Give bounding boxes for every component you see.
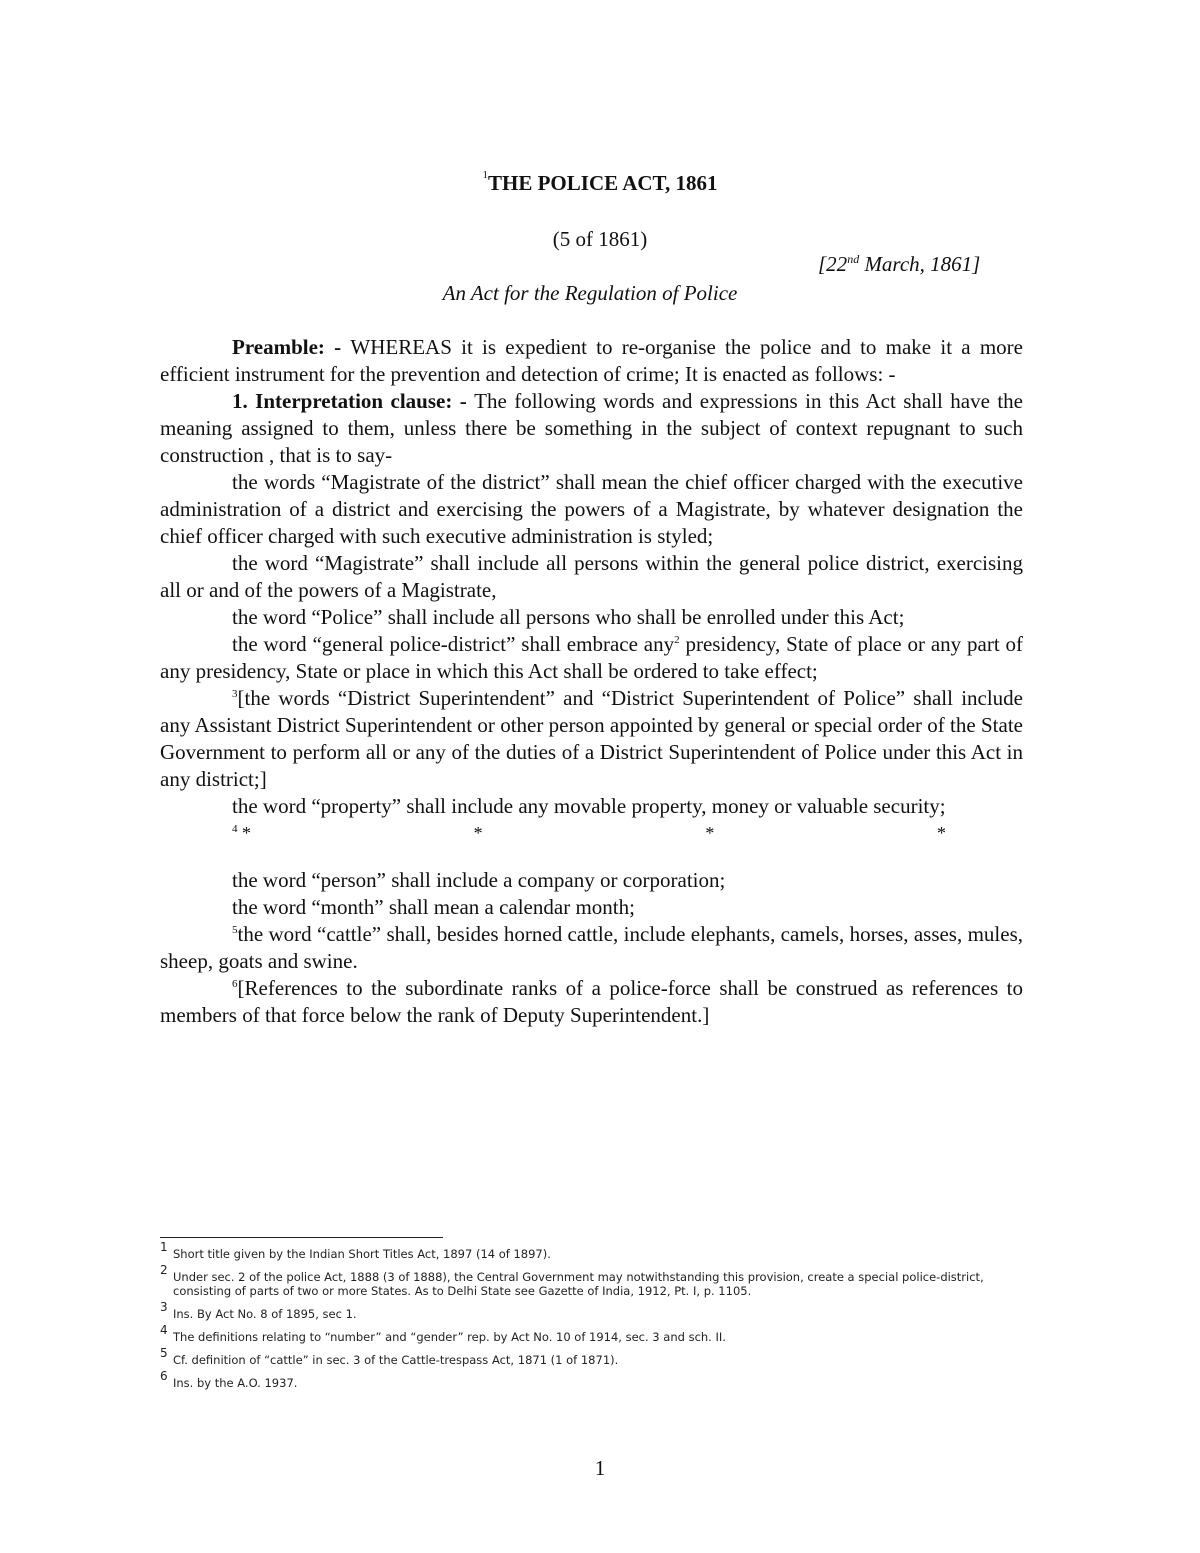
footnote-text: The definitions relating to “number” and… (173, 1330, 726, 1344)
definition-text: [the words “District Superintendent” and… (160, 686, 1023, 791)
footnote-number: 6 (160, 1369, 168, 1383)
footnote-text: Ins. by the A.O. 1937. (173, 1376, 297, 1390)
footnote-ref[interactable]: 1 (483, 169, 489, 181)
footnote-separator (160, 1237, 443, 1238)
footnote-item: 6Ins. by the A.O. 1937. (160, 1376, 1040, 1390)
date-day: [22 (818, 252, 847, 276)
act-title-text: THE POLICE ACT, 1861 (488, 171, 717, 195)
act-body: Preamble: - WHEREAS it is expedient to r… (160, 334, 1023, 1029)
section-1-label: 1. Interpretation clause: - (232, 389, 474, 413)
preamble-label: Preamble: - (232, 335, 350, 359)
asterisk: * (705, 820, 714, 847)
definition-person: the word “person” shall include a compan… (160, 867, 1023, 894)
footnote-text: Under sec. 2 of the police Act, 1888 (3 … (173, 1270, 984, 1298)
footnote-item: 2Under sec. 2 of the police Act, 1888 (3… (160, 1270, 1040, 1298)
definition-district-superintendent: 3[the words “District Superintendent” an… (160, 685, 1023, 793)
asterisk: * (474, 820, 483, 847)
page-number: 1 (0, 1456, 1200, 1481)
footnote-text: Ins. By Act No. 8 of 1895, sec 1. (173, 1307, 357, 1321)
footnote-number: 2 (160, 1263, 168, 1277)
footnote-number: 5 (160, 1346, 168, 1360)
footnote-item: 1Short title given by the Indian Short T… (160, 1247, 1040, 1261)
footnote-item: 3Ins. By Act No. 8 of 1895, sec 1. (160, 1307, 1040, 1321)
document-page: 1THE POLICE ACT, 1861 (5 of 1861) [22nd … (0, 0, 1200, 1553)
asterisk: 4 * (232, 820, 251, 847)
date-suffix: nd (847, 252, 859, 266)
spacer (160, 847, 1023, 867)
definition-police: the word “Police” shall include all pers… (160, 604, 1023, 631)
act-number: (5 of 1861) (0, 227, 1200, 252)
definition-cattle: 5the word “cattle” shall, besides horned… (160, 921, 1023, 975)
omitted-text-marker: 4 * * * * (160, 820, 946, 847)
act-title: 1THE POLICE ACT, 1861 (0, 171, 1200, 196)
definition-subordinate-ranks: 6[References to the subordinate ranks of… (160, 975, 1023, 1029)
footnote-number: 4 (160, 1323, 168, 1337)
definition-text: [References to the subordinate ranks of … (160, 976, 1023, 1027)
preamble-paragraph: Preamble: - WHEREAS it is expedient to r… (160, 334, 1023, 388)
footnote-item: 5Cf. definition of “cattle” in sec. 3 of… (160, 1353, 1040, 1367)
footnote-number: 1 (160, 1240, 168, 1254)
footnote-item: 4The definitions relating to “number” an… (160, 1330, 1040, 1344)
act-subtitle: An Act for the Regulation of Police (0, 281, 1180, 306)
asterisk-glyph: * (242, 823, 251, 843)
date-rest: March, 1861] (859, 252, 980, 276)
footnote-text: Short title given by the Indian Short Ti… (173, 1247, 551, 1261)
enactment-date: [22nd March, 1861] (818, 252, 980, 277)
definition-general-police-district: the word “general police-district” shall… (160, 631, 1023, 685)
footnote-number: 3 (160, 1300, 168, 1314)
definition-property: the word “property” shall include any mo… (160, 793, 1023, 820)
definition-month: the word “month” shall mean a calendar m… (160, 894, 1023, 921)
footnote-text: Cf. definition of “cattle” in sec. 3 of … (173, 1353, 618, 1367)
definition-magistrate-of-district: the words “Magistrate of the district” s… (160, 469, 1023, 550)
footnote-ref[interactable]: 4 (232, 823, 238, 835)
section-1-paragraph: 1. Interpretation clause: - The followin… (160, 388, 1023, 469)
definition-magistrate: the word “Magistrate” shall include all … (160, 550, 1023, 604)
definition-text: the word “cattle” shall, besides horned … (160, 922, 1023, 973)
definition-text: the word “general police-district” shall… (232, 632, 674, 656)
asterisk: * (937, 820, 946, 847)
footnotes: 1Short title given by the Indian Short T… (160, 1247, 1040, 1399)
